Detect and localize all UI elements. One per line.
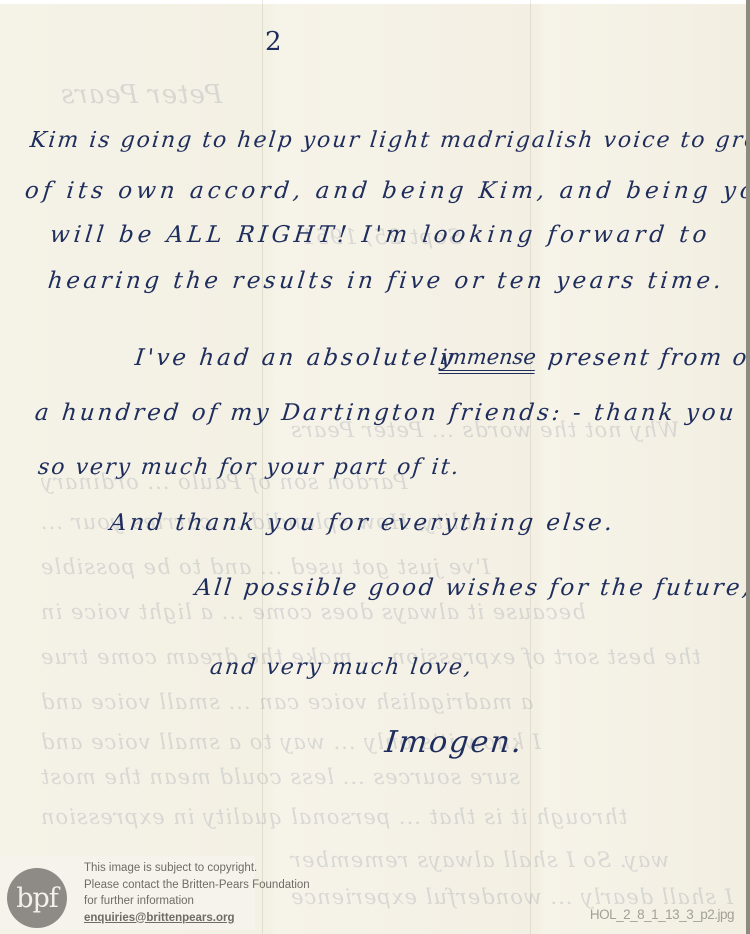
bleed-text: through it is that ... personal quality … (40, 805, 627, 829)
underlined-word: immense (438, 345, 537, 374)
letter-line: I've had an absolutely (134, 345, 458, 371)
signature: Imogen. (383, 725, 525, 760)
filename-label: HOL_2_8_1_13_3_p2.jpg (590, 907, 734, 922)
notice-line: for further information (84, 893, 310, 910)
logo-text: bpf (16, 883, 58, 914)
letter-page: Sept 25, 1951 Peter Pears Why not the wo… (0, 0, 746, 934)
bleed-text: sure sources ... less could mean the mos… (40, 765, 520, 789)
letter-line: so very much for your part of it. (37, 455, 462, 480)
copyright-footer: bpf This image is subject to copyright. … (0, 856, 746, 930)
right-edge (746, 0, 750, 934)
letter-line: present from over (547, 345, 750, 371)
letter-line: hearing the results in five or ten years… (47, 268, 726, 294)
letter-line: All possible good wishes for the future, (194, 575, 750, 601)
letter-line: Kim is going to help your light madrigal… (29, 128, 750, 153)
letter-line: And thank you for everything else. (109, 510, 617, 536)
letter-line: and very much love, (209, 655, 475, 680)
copyright-notice: This image is subject to copyright. Plea… (84, 860, 310, 926)
bleed-text: a madrigalish voice can ... small voice … (40, 690, 533, 714)
bpf-logo: bpf (7, 868, 67, 928)
email-link[interactable]: enquiries@brittenpears.org (84, 912, 235, 924)
letter-line: a hundred of my Dartington friends: - th… (34, 400, 738, 426)
page-number: 2 (265, 27, 283, 57)
bleed-text: because it always does come ... a light … (40, 600, 586, 624)
letter-line: of its own accord, and being Kim, and be… (24, 178, 750, 204)
letter-line: will be ALL RIGHT! I'm looking forward t… (49, 222, 712, 248)
notice-line: Please contact the Britten-Pears Foundat… (84, 877, 310, 894)
bleed-text: Peter Pears (60, 80, 222, 110)
top-edge (0, 0, 750, 4)
notice-line: This image is subject to copyright. (84, 860, 310, 877)
